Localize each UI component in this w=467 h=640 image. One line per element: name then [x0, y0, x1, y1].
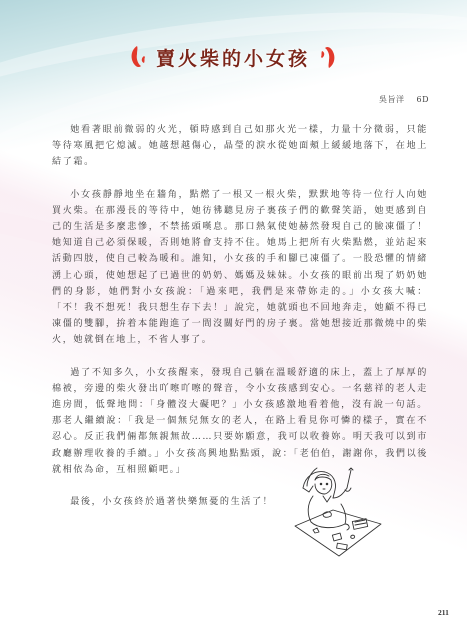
- author-line: 吳旨洋6D: [379, 94, 429, 105]
- article-title: 賣火柴的小女孩: [156, 44, 310, 71]
- author-name: 吳旨洋: [379, 95, 405, 104]
- left-quote-ornament-icon: [128, 44, 148, 70]
- paragraph: 她看著眼前微弱的火光，頓時感到自己如那火光一樣，力量十分微弱，只能等待寒風把它熄…: [52, 122, 428, 171]
- title-banner: 賣火柴的小女孩: [128, 40, 338, 74]
- right-quote-ornament-icon: [318, 44, 338, 70]
- girl-drawing-illustration-icon: [293, 458, 385, 564]
- page-number: 211: [438, 608, 449, 617]
- paragraph: 小女孩靜靜地坐在牆角，點燃了一根又一根火柴，默默地等待一位行人向她買火柴。在那漫…: [52, 187, 428, 349]
- author-class: 6D: [416, 95, 429, 104]
